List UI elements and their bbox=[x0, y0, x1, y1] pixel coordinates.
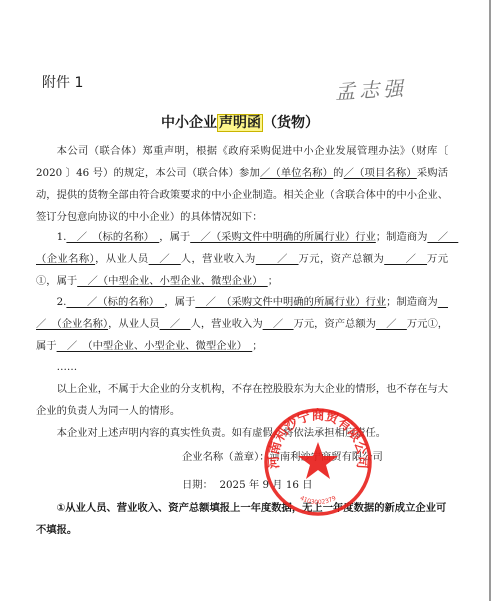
size-field: ／ （中型企业、小型企业、微型企业） bbox=[57, 340, 253, 352]
industry-field: ／（采购文件中明确的所属行业）行业 bbox=[190, 231, 376, 243]
page-edge-scrollbar[interactable] bbox=[489, 0, 491, 601]
item-number: 1. bbox=[57, 231, 67, 243]
title-prefix: 中小企业 bbox=[161, 115, 217, 131]
assets-field: ／ bbox=[384, 253, 427, 265]
date-label: 日期： bbox=[182, 479, 213, 491]
label: ； bbox=[252, 340, 262, 352]
handwritten-signature: 孟志强 bbox=[334, 72, 407, 105]
subject-field: ／（标的名称） bbox=[66, 296, 164, 308]
industry-field: ／ （采购文件中明确的所属行业）行业 bbox=[195, 296, 386, 308]
label: 人，营业收入为 bbox=[181, 253, 256, 265]
label: ；制造商为 bbox=[386, 296, 438, 308]
statement-1: 以上企业，不属于大企业的分支机构，不存在控股股东为大企业的情形，也不存在与大企业… bbox=[36, 378, 448, 422]
staff-field: ／ bbox=[149, 253, 181, 265]
label: 万元，资产总额为 bbox=[294, 318, 376, 330]
unit-name-field: ／（单位名称） bbox=[260, 167, 333, 179]
statement-2: 本企业对上述声明内容的真实性负责。如有虚假，将依法承担相应责任。 bbox=[36, 422, 448, 444]
statement-text: 本企业对上述声明内容的真实性负责。如有虚假，将依法承担相应责任。 bbox=[36, 422, 448, 444]
label: ，从业人员 bbox=[95, 253, 149, 265]
revenue-field: ／ bbox=[263, 318, 294, 330]
intro-paragraph: 本公司（联合体）郑重声明，根据《政府采购促进中小企业发展管理办法》（财库〔 20… bbox=[36, 140, 448, 228]
size-field: ／（中型企业、小型企业、微型企业） bbox=[77, 275, 268, 287]
subject-field: ／ （标的名称） bbox=[66, 231, 159, 243]
item-number: 2. bbox=[57, 296, 67, 308]
label: 万元，资产总额为 bbox=[299, 253, 385, 265]
document-title: 中小企业声明函（货物） bbox=[0, 112, 480, 132]
company-label: 企业名称（盖章）： bbox=[182, 451, 270, 463]
label: ，从业人员 bbox=[108, 318, 160, 330]
label: ，属于 bbox=[159, 231, 190, 243]
staff-field: ／ bbox=[160, 318, 191, 330]
statement-text: 以上企业，不属于大企业的分支机构，不存在控股股东为大企业的情形，也不存在与大企业… bbox=[36, 378, 448, 422]
intro-text: 的 bbox=[333, 167, 343, 179]
project-name-field: ／（项目名称） bbox=[344, 167, 417, 179]
annex-label: 附件 1 bbox=[42, 72, 83, 92]
search-highlight: 声明函 bbox=[217, 114, 263, 132]
label: ； bbox=[268, 275, 278, 287]
label: 人，营业收入为 bbox=[191, 318, 263, 330]
revenue-field: ／ bbox=[256, 253, 299, 265]
label: ，属于 bbox=[164, 296, 195, 308]
company-seal-icon: 河南利沙宁商贸有限公司 4103002379 bbox=[262, 406, 374, 518]
label: ；制造商为 bbox=[376, 231, 428, 243]
document-page: 附件 1 孟志强 中小企业声明函（货物） 本公司（联合体）郑重声明，根据《政府采… bbox=[0, 0, 488, 601]
item-2: 2. ／（标的名称） ，属于 ／ （采购文件中明确的所属行业）行业；制造商为 ／… bbox=[36, 291, 448, 357]
ellipsis-text: …… bbox=[36, 356, 448, 378]
assets-field: ／ bbox=[376, 318, 407, 330]
title-suffix: （货物） bbox=[263, 115, 319, 131]
svg-text:4103002379: 4103002379 bbox=[299, 495, 338, 507]
ellipsis: …… bbox=[36, 356, 448, 378]
item-1: 1. ／ （标的名称） ，属于 ／（采购文件中明确的所属行业）行业；制造商为 ／… bbox=[36, 226, 448, 292]
footnote: ①从业人员、营业收入、资产总额填报上一年度数据，无上一年度数据的新成立企业可不填… bbox=[36, 497, 448, 541]
